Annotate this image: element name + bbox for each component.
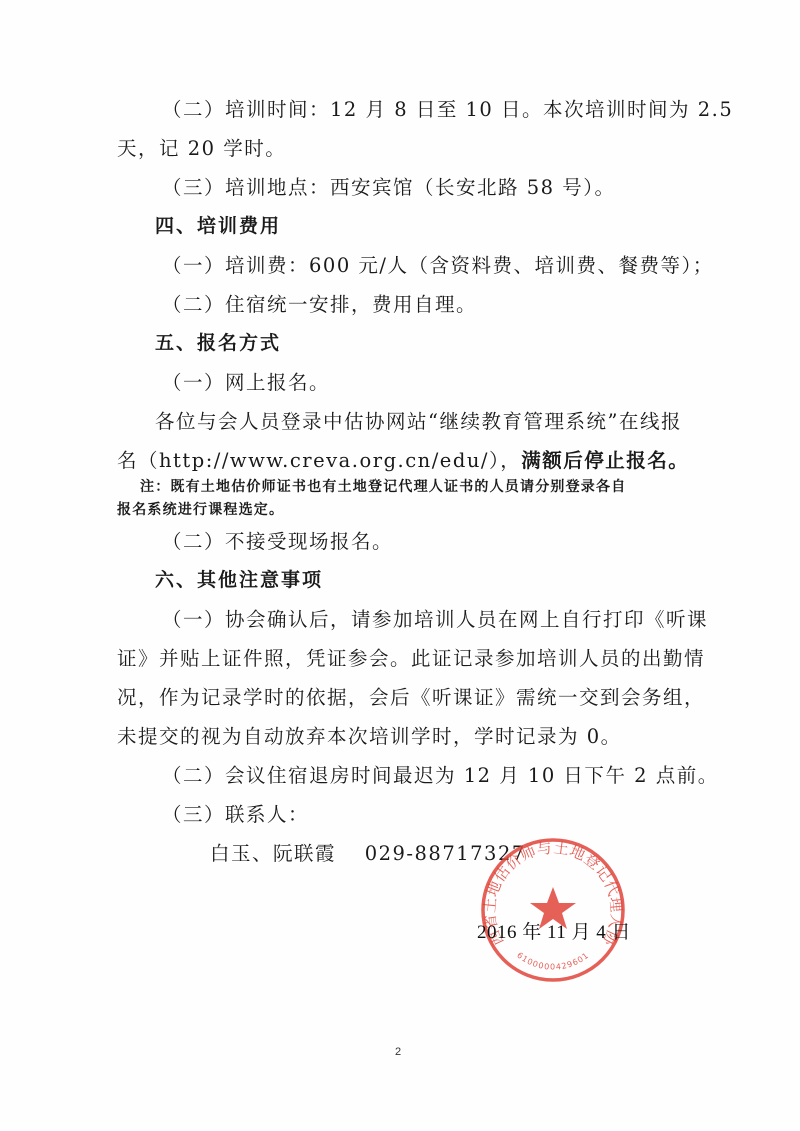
- registration-instructions-line-2: 名（http://www.creva.org.cn/edu/），满额后停止报名。: [117, 451, 689, 471]
- note-line-2: 报名系统进行课程选定。: [117, 503, 284, 517]
- heading-fees: 四、培训费用: [155, 217, 281, 236]
- attendance-line-4: 未提交的视为自动放弃本次培训学时，学时记录为 0。: [117, 727, 622, 747]
- attendance-line-1: （一）协会确认后，请参加培训人员在网上自行打印《听课: [162, 610, 708, 630]
- note-line-1: 注：既有土地估价师证书也有土地登记代理人证书的人员请分别登录各自: [140, 480, 626, 494]
- training-time-line-2: 天，记 20 学时。: [117, 139, 286, 159]
- heading-registration: 五、报名方式: [155, 334, 281, 353]
- registration-instructions-line-1: 各位与会人员登录中估协网站“继续教育管理系统”在线报: [155, 412, 682, 432]
- online-registration: （一）网上报名。: [162, 373, 330, 393]
- document-date: 2016 年 11 月 4 日: [477, 917, 631, 944]
- quota-notice: 满额后停止报名。: [521, 449, 689, 472]
- svg-text:6100000429601: 6100000429601: [515, 951, 591, 972]
- training-fee: （一）培训费：600 元/人（含资料费、培训费、餐费等）；: [162, 256, 714, 276]
- heading-other-notes: 六、其他注意事项: [155, 571, 323, 590]
- document-page: （二）培训时间：12 月 8 日至 10 日。本次培训时间为 2.5 天，记 2…: [0, 0, 800, 1131]
- no-onsite-registration: （二）不接受现场报名。: [162, 532, 393, 552]
- checkout-time: （二）会议住宿退房时间最迟为 12 月 10 日下午 2 点前。: [162, 766, 719, 786]
- registration-url-text: 名（http://www.creva.org.cn/edu/），: [117, 449, 521, 472]
- accommodation: （二）住宿统一安排，费用自理。: [162, 295, 477, 315]
- training-time-line-1: （二）培训时间：12 月 8 日至 10 日。本次培训时间为 2.5: [162, 100, 733, 120]
- attendance-line-3: 况，作为记录学时的依据，会后《听课证》需统一交到会务组，: [117, 688, 705, 708]
- official-seal-icon: 陕西省土地估价师与土地登记代理人协会 6100000429601: [478, 835, 628, 985]
- page-number: 2: [395, 1046, 401, 1058]
- training-location: （三）培训地点：西安宾馆（长安北路 58 号）。: [162, 178, 615, 198]
- contact-label: （三）联系人：: [162, 805, 309, 825]
- attendance-line-2: 证》并贴上证件照，凭证参会。此证记录参加培训人员的出勤情: [117, 649, 705, 669]
